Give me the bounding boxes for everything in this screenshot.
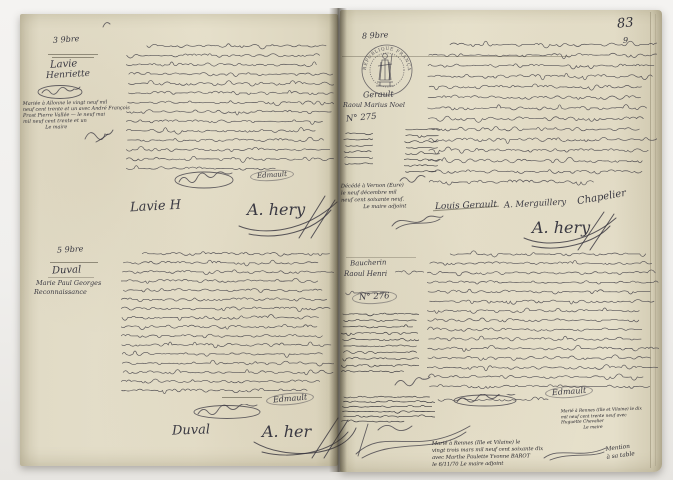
folio-number: 83 (616, 16, 634, 30)
officer-signature: A. hery (518, 208, 622, 252)
margin-name: Raoul Marius Noel (343, 102, 405, 109)
margin-rule (48, 54, 98, 55)
folio-number-sub: 9 (623, 37, 628, 45)
closing-dash (222, 397, 262, 398)
oval-signature (173, 170, 235, 190)
handwritten-act-text (427, 38, 657, 186)
margin-name: Marie Paul Georges (36, 280, 101, 287)
margin-annotation-block (341, 310, 419, 374)
margin-name-scribble (394, 260, 424, 268)
margin-annotation-marriage-1: Marié à Rennes (Ille et Vilaine) le dix … (561, 407, 643, 432)
registrar-signature-flourish (540, 444, 610, 462)
handwritten-act-text (121, 248, 334, 394)
margin-rule (50, 262, 98, 263)
oval-signature (452, 394, 518, 407)
declarant-signature: Lavie H (130, 199, 182, 215)
margin-name-scribble (344, 281, 386, 289)
margin-name: Raoul Henri (344, 271, 387, 278)
margin-mention: Mention à sa table (605, 442, 635, 461)
margin-annotation-block (343, 130, 373, 166)
margin-annotation-death: Décédé à Vernon (Eure) le neuf décembre … (341, 182, 407, 211)
signature-scribble (392, 376, 432, 388)
declarant-signature: Duval (172, 423, 210, 437)
binding-gutter (329, 8, 347, 472)
mayor-signature-scribble (82, 126, 116, 144)
mayor-signature-scribble (388, 210, 446, 232)
handwritten-act-text (126, 40, 334, 172)
document-scan: 3 9bre Lavie Henriette Mariée à Allonne … (0, 0, 673, 480)
ink-mark (102, 20, 111, 29)
margin-date: 8 9bre (362, 31, 389, 40)
margin-name: Duval (52, 265, 82, 276)
margin-record-type: Reconnaissance (34, 289, 87, 296)
handwritten-act-text (427, 248, 659, 390)
margin-name: Baucherin (350, 259, 387, 267)
margin-name: Gerault (363, 90, 394, 99)
margin-annotation-marriage-2: Marié à Rennes (Ille et Vilaine) le ving… (432, 439, 544, 469)
margin-rule (48, 277, 94, 278)
margin-oval-flourish (36, 84, 84, 100)
margin-date: 5 9bre (57, 245, 84, 254)
officer-signature: A. hery (233, 190, 343, 242)
